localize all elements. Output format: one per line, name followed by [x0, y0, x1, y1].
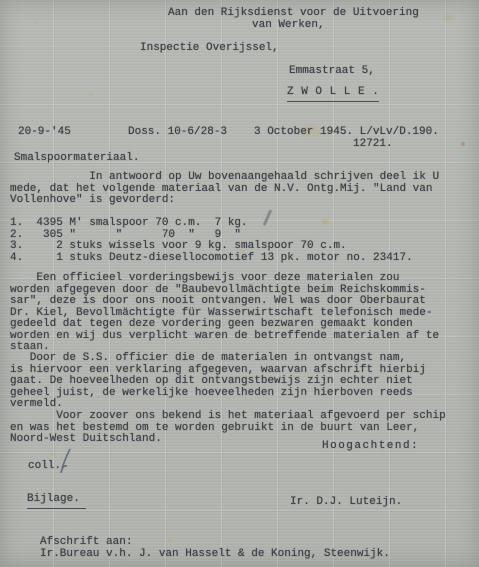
- body-line: Vollenhove" is gevorderd:: [10, 195, 175, 207]
- cc-line: Ir.Bureau v.h. J. van Hasselt & de Konin…: [40, 549, 390, 561]
- body-line: Een officieel vorderingsbewijs voor deze…: [10, 273, 399, 285]
- typed-date: 20-9-'45: [18, 127, 71, 139]
- reference-number: 12721.: [353, 139, 393, 151]
- cc-heading: Afschrift aan:: [40, 537, 132, 549]
- list-item: 4. 1 stuks Deutz-diesellocomotief 13 pk.…: [10, 253, 413, 265]
- body-line: gedeeld dat tegen deze vordering geen be…: [10, 319, 413, 331]
- list-item: 3. 2 stuks wissels voor 9 kg. smalspoor …: [10, 241, 347, 253]
- recipient-city: Z W O L L E .: [287, 87, 379, 102]
- body-line: sar", deze is door ons nooit ontvangen. …: [10, 296, 426, 308]
- list-item: 1. 4395 M' smalspoor 70 c.m. 7 kg.: [10, 218, 248, 230]
- body-line: Voor zoover ons bekend is het materiaal …: [10, 411, 446, 423]
- salutation: Hoogachtend:: [322, 441, 419, 453]
- handwritten-initial: [57, 447, 73, 477]
- recipient-line-4: Emmastraat 5,: [289, 66, 375, 78]
- body-line: vermeld.: [10, 399, 63, 411]
- body-line: gaat. De hoeveelheden op dit ontvangstbe…: [10, 376, 413, 388]
- body-line: worden en wij dus verplicht waren de bet…: [10, 331, 439, 343]
- recipient-line-2: van Werken,: [252, 20, 325, 32]
- subject-line: Smalspoormateriaal.: [14, 153, 139, 165]
- body-line: Door de S.S. officier die de materialen …: [10, 353, 406, 365]
- dossier-number: Doss. 10-6/28-3: [128, 127, 227, 139]
- letter-date: 3 October 1945. L/vLv/D.190.: [254, 127, 439, 139]
- recipient-line-1: Aan den Rijksdienst voor de Uitvoering: [168, 8, 419, 20]
- body-line: Noord-West Duitschland.: [10, 434, 162, 446]
- letter-scan: Aan den Rijksdienst voor de Uitvoering v…: [0, 0, 479, 567]
- signature-name: Ir. D.J. Luteijn.: [290, 497, 402, 509]
- recipient-line-3: Inspectie Overijssel,: [140, 43, 279, 55]
- body-line: geheel juist, de werkelijke hoeveelheden…: [10, 388, 413, 400]
- body-line: In antwoord op Uw bovenaangehaald schrij…: [10, 172, 439, 184]
- pencil-checkmark: [263, 209, 272, 226]
- enclosure-note: Bijlage.: [27, 494, 86, 509]
